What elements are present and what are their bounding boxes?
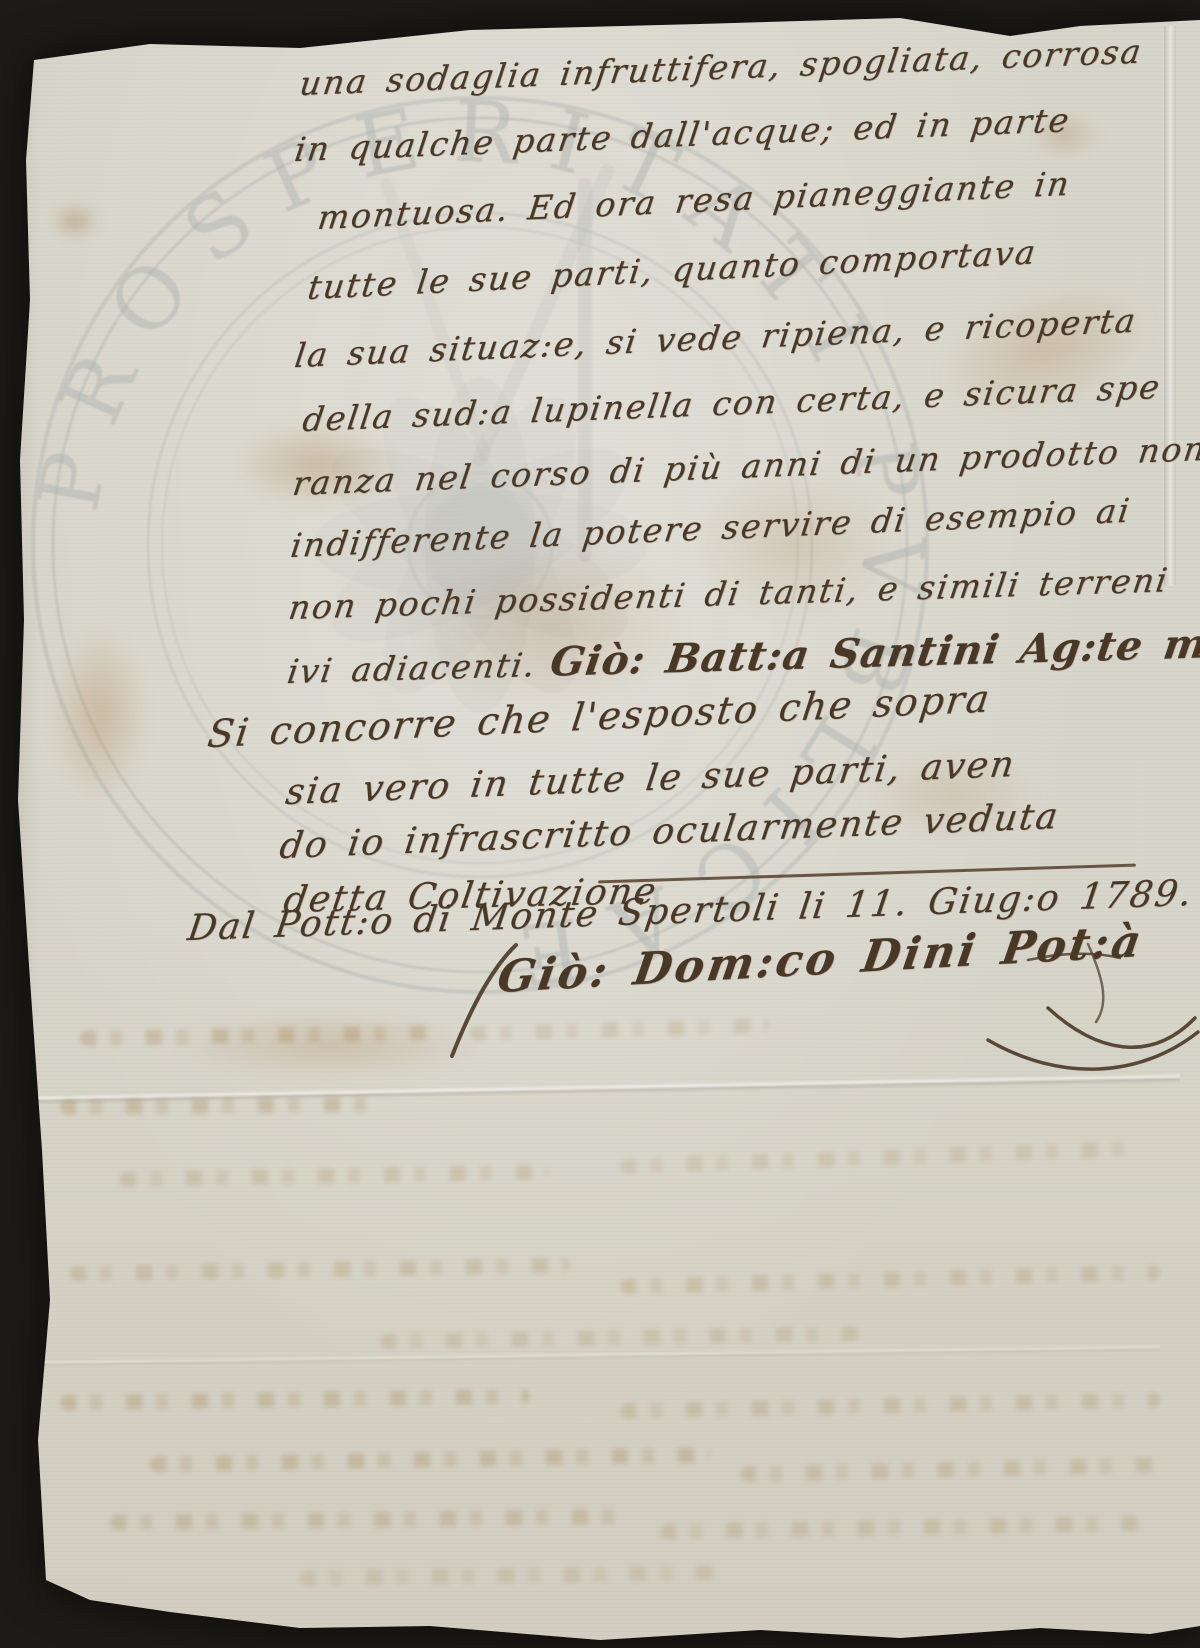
ink-bleedthrough [60,1097,390,1115]
paper-stain [52,204,98,238]
paper-stain [52,630,147,800]
handwritten-text: ivi adiacenti. [285,645,540,691]
paper-stain [170,1010,490,1080]
photographed-document: PROSPERITATI PVBLICAE [0,0,1200,1648]
manuscript-page: PROSPERITATI PVBLICAE [0,0,1200,1648]
vertical-fold [1164,26,1176,586]
